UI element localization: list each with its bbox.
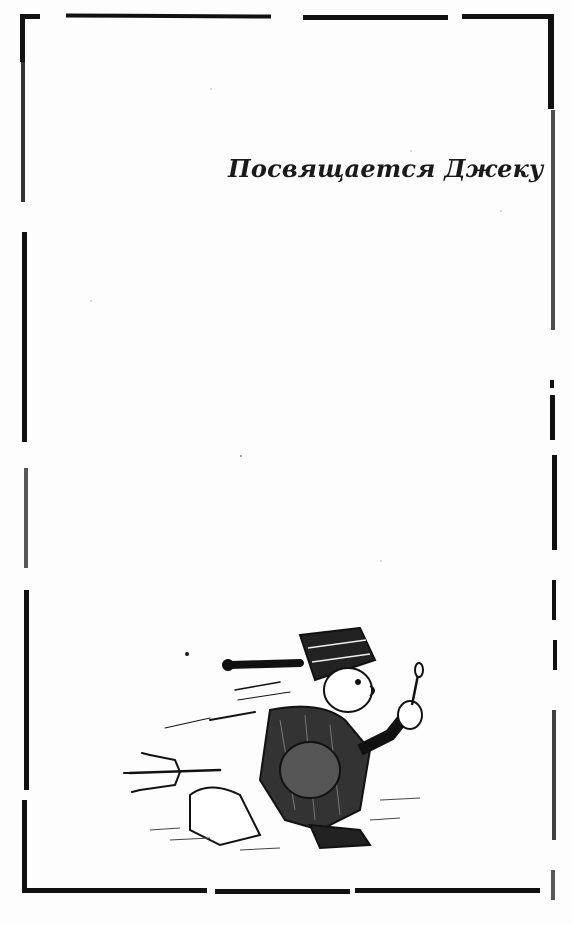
book-page: Посвящается Джеку: [0, 0, 572, 925]
boy-with-colander-illustration: [120, 620, 440, 860]
dedication-text: Посвящается Джеку: [228, 154, 544, 183]
